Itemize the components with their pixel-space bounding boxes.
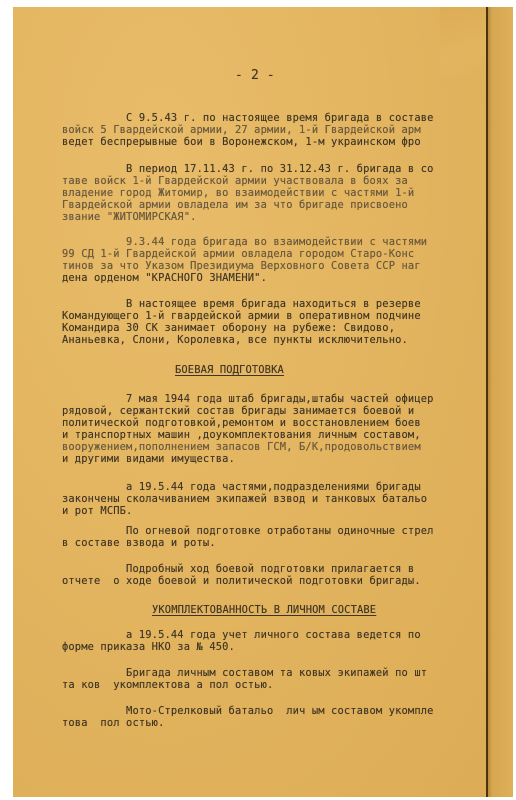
section-heading-staffing: УКОМПЛЕКТОВАННОСТЬ В ЛИЧНОМ СОСТАВЕ (152, 604, 376, 616)
paragraph-2-line-2: таве войск 1-й Гвардейской армии участво… (62, 175, 408, 187)
training-1-line-6: и другими видами имущества. (62, 453, 235, 465)
binding-strip (486, 7, 513, 797)
training-1-line-5: вооружением,пополнением запасов ГСМ, Б/К… (62, 441, 421, 453)
paragraph-2-line-1: В период 17.11.43 г. по 31.12.43 г. бриг… (62, 163, 434, 175)
paragraph-3-line-4: дена орденом "КРАСНОГО ЗНАМЕНИ". (62, 272, 267, 284)
paragraph-2-line-5: звание "ЖИТОМИРСКАЯ". (62, 211, 197, 223)
paragraph-3-line-3: тинов за что Указом Президиума Верховног… (62, 260, 421, 272)
training-3-line-2: в составе взвода и роты. (62, 537, 216, 549)
section-heading-combat-training: БОЕВАЯ ПОДГОТОВКА (175, 364, 284, 376)
training-2-line-2: закончены сколачиванием экипажей взвод и… (62, 493, 427, 505)
paragraph-2-line-3: владение город Житомир, во взаимодействи… (62, 187, 414, 199)
paragraph-4-line-2: Командующего 1-й гвардейской армии в опе… (62, 310, 421, 322)
paragraph-1-line-3: ведет беспрерывные бои в Воронежском, 1-… (62, 136, 421, 148)
paragraph-4-line-1: В настоящее время бригада находиться в р… (62, 298, 421, 310)
training-2-line-1: а 19.5.44 года частями,подразделениями б… (62, 481, 421, 493)
training-2-line-3: и рот МСПБ. (62, 505, 132, 517)
paragraph-3-line-1: 9.3.44 года бригада во взаимодействии с … (62, 236, 427, 248)
page-number: - 2 - (235, 70, 275, 82)
binding-edge (486, 7, 488, 797)
paragraph-3-line-2: 99 СД 1-й Гвардейской армии овладела гор… (62, 248, 414, 260)
training-4-line-2: отчете о ходе боевой и политической подг… (62, 575, 421, 587)
paragraph-4-line-4: Ананьевка, Слони, Королевка, все пункты … (62, 334, 408, 346)
training-1-line-1: 7 мая 1944 года штаб бригады,штабы часте… (62, 393, 434, 405)
training-4-line-1: Подробный ход боевой подготовки прилагае… (62, 563, 414, 575)
staffing-2-line-2: та ков укомплектова а пол остью. (62, 679, 273, 691)
training-1-line-4: и транспортных машин ,доукомплектования … (62, 429, 421, 441)
training-1-line-2: рядовой, сержантский состав бригады зани… (62, 405, 414, 417)
paragraph-2-line-4: Гвардейской армии овладела им за что бри… (62, 199, 408, 211)
staffing-1-line-1: а 19.5.44 года учет личного состава веде… (62, 629, 421, 641)
page-curl (440, 7, 490, 77)
staffing-3-line-2: това пол остью. (62, 717, 165, 729)
paragraph-1-line-1: С 9.5.43 г. по настоящее время бригада в… (62, 112, 434, 124)
paragraph-1-line-2: войск 5 Гвардейской армии, 27 армии, 1-й… (62, 124, 421, 136)
staffing-3-line-1: Мото-Стрелковый батальо лич ым составом … (62, 705, 434, 717)
training-1-line-3: политической подготовкой,ремонтом и восс… (62, 417, 421, 429)
training-3-line-1: По огневой подготовке отработаны одиночн… (62, 525, 434, 537)
staffing-2-line-1: Бригада личным составом та ковых экипаже… (62, 667, 427, 679)
paragraph-4-line-3: Командира 30 СК занимает оборону на рубе… (62, 322, 395, 334)
staffing-1-line-2: форме приказа НКО за № 450. (62, 641, 235, 653)
